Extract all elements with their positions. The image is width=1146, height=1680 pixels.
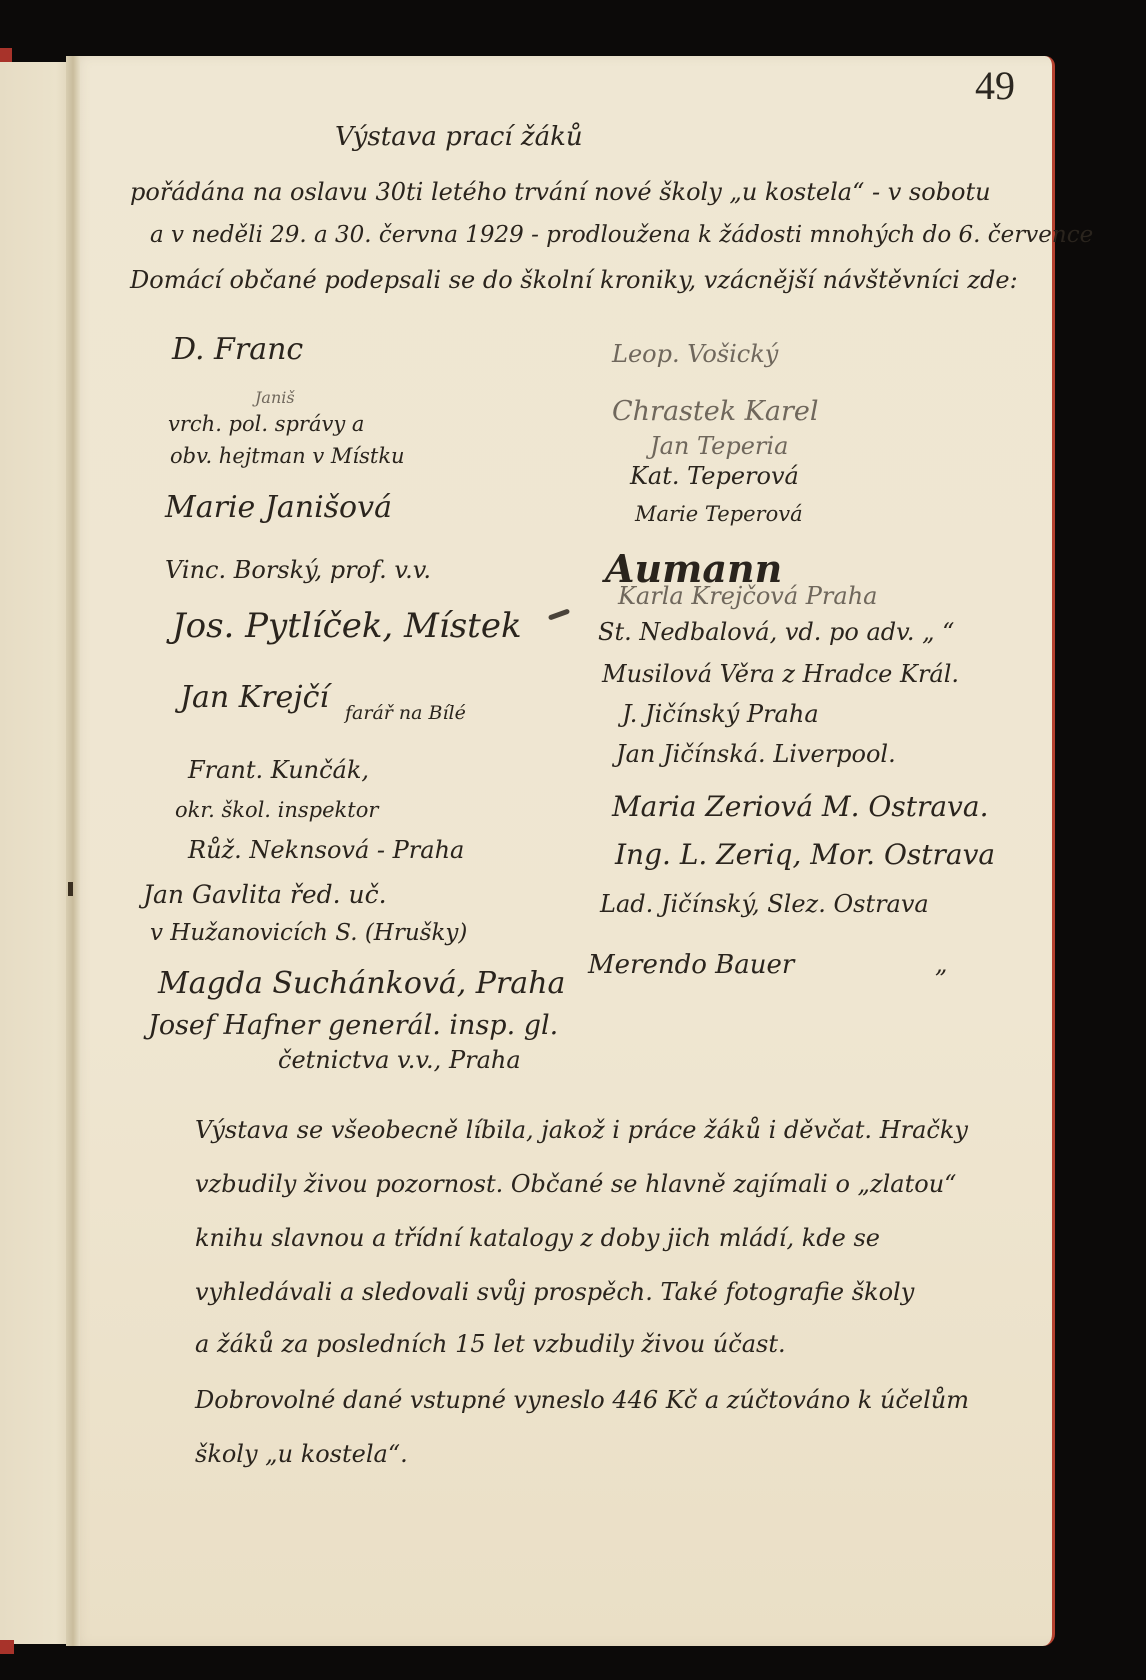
signature-note: farář na Bílé xyxy=(345,702,466,724)
signature: Vinc. Borský, prof. v.v. xyxy=(165,556,431,584)
signature: Jan Krejčí xyxy=(180,680,329,715)
page-number: 49 xyxy=(975,62,1015,109)
signature: D. Franc xyxy=(172,332,303,367)
signature: Jos. Pytlíček, Místek xyxy=(172,606,522,646)
signature-note: četnictva v.v., Praha xyxy=(278,1046,521,1074)
signature: Magda Suchánková, Praha xyxy=(158,966,565,1001)
closing-line-6: Dobrovolné dané vstupné vyneslo 446 Kč a… xyxy=(195,1386,969,1414)
signature: obv. hejtman v Místku xyxy=(170,444,405,468)
ditto-mark: „ xyxy=(935,950,947,978)
closing-line-4: vyhledávali a sledovali svůj prospěch. T… xyxy=(195,1278,914,1306)
signature: Marie Janišová xyxy=(165,490,392,525)
signature: Ing. L. Zeriq, Mor. Ostrava xyxy=(615,838,995,871)
intro-line-1: pořádána na oslavu 30ti letého trvání no… xyxy=(130,178,991,206)
signature: Marie Teperová xyxy=(635,502,803,526)
binding-thread xyxy=(68,882,73,896)
closing-line-5: a žáků za posledních 15 let vzbudily živ… xyxy=(195,1330,786,1358)
closing-line-1: Výstava se všeobecně líbila, jakož i prá… xyxy=(195,1116,968,1144)
signature-note: Janiš xyxy=(255,388,295,407)
signature: Jan Gavlita řed. uč. xyxy=(143,880,387,909)
signature-note: v Hužanovicích S. (Hrušky) xyxy=(150,920,467,946)
signature-note: okr. škol. inspektor xyxy=(175,798,378,822)
signature: Chrastek Karel xyxy=(612,396,818,427)
page-title: Výstava prací žáků xyxy=(335,122,583,152)
intro-line-2: a v neděli 29. a 30. června 1929 - prodl… xyxy=(150,222,1093,248)
intro-line-3: Domácí občané podepsali se do školní kro… xyxy=(130,266,1018,294)
signature: Frant. Kunčák, xyxy=(188,756,369,784)
signature: J. Jičínský Praha xyxy=(622,700,819,728)
closing-line-7: školy „u kostela“. xyxy=(195,1440,408,1468)
signature: Karla Krejčová Praha xyxy=(618,582,877,610)
signature: Musilová Věra z Hradce Král. xyxy=(602,660,959,688)
signature: vrch. pol. správy a xyxy=(168,412,364,436)
signature: Merendo Bauer xyxy=(588,950,794,980)
book-cover-edge-bottom xyxy=(0,1640,14,1654)
signature: Maria Zeriová M. Ostrava. xyxy=(612,790,988,823)
signature: Josef Hafner generál. insp. gl. xyxy=(148,1010,558,1041)
signature: Růž. Neknsová - Praha xyxy=(188,836,464,864)
closing-line-3: knihu slavnou a třídní katalogy z doby j… xyxy=(195,1224,880,1252)
signature: St. Nedbalová, vd. po adv. „ “ xyxy=(598,618,954,646)
signature: Jan Jičínská. Liverpool. xyxy=(616,740,896,768)
signature: Kat. Teperová xyxy=(630,462,799,490)
binding-crease xyxy=(66,56,80,1646)
signature: Leop. Vošický xyxy=(612,340,778,368)
signature: Jan Teperia xyxy=(650,432,788,460)
closing-line-2: vzbudily živou pozornost. Občané se hlav… xyxy=(195,1170,956,1198)
signature: Lad. Jičínský, Slez. Ostrava xyxy=(600,890,929,918)
